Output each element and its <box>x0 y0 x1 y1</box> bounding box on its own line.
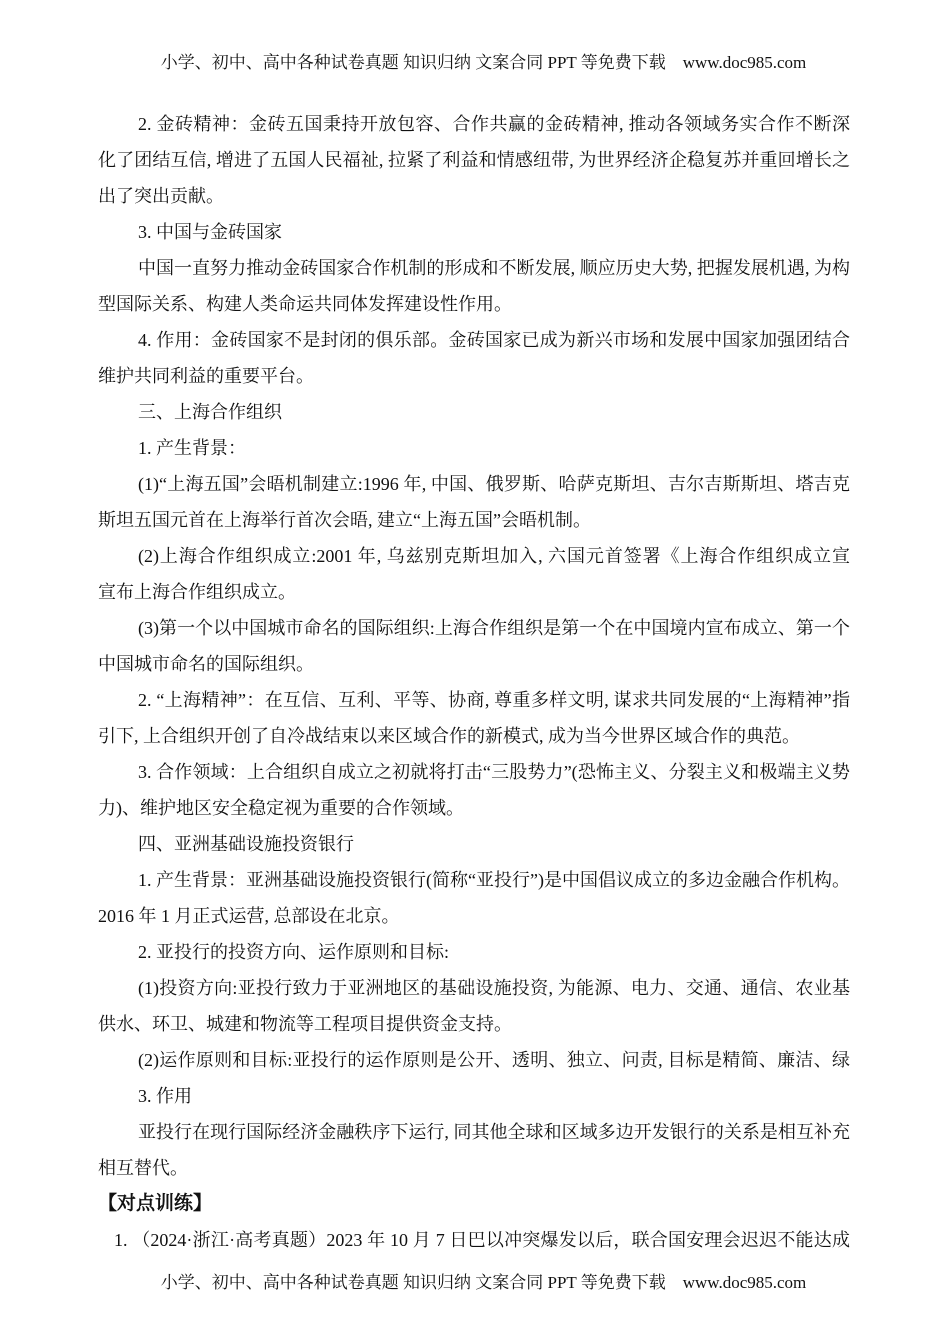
text-line: 中国城市命名的国际组织。 <box>98 646 850 682</box>
text-line: 1. 产生背景：亚洲基础设施投资银行(简称“亚投行”)是中国倡议成立的多边金融合… <box>98 862 850 898</box>
text-line: (3)第一个以中国城市命名的国际组织:上海合作组织是第一个在中国境内宣布成立、第… <box>98 610 850 646</box>
page-header: 小学、初中、高中各种试卷真题 知识归纳 文案合同 PPT 等免费下载 www.d… <box>0 28 950 93</box>
text-line: 化了团结互信, 增进了五国人民福祉, 拉紧了利益和情感纽带, 为世界经济企稳复苏… <box>98 142 850 178</box>
text-line: 2. 金砖精神：金砖五国秉持开放包容、合作共赢的金砖精神, 推动各领域务实合作不… <box>98 106 850 142</box>
text-line: 斯坦五国元首在上海举行首次会晤, 建立“上海五国”会晤机制。 <box>98 502 850 538</box>
text-line: 三、上海合作组织 <box>98 394 850 430</box>
text-line: 3. 作用 <box>98 1078 850 1114</box>
text-line: (1)“上海五国”会晤机制建立:1996 年, 中国、俄罗斯、哈萨克斯坦、吉尔吉… <box>98 466 850 502</box>
document-page: 小学、初中、高中各种试卷真题 知识归纳 文案合同 PPT 等免费下载 www.d… <box>0 0 950 1344</box>
page-footer: 小学、初中、高中各种试卷真题 知识归纳 文案合同 PPT 等免费下载 www.d… <box>0 1248 950 1313</box>
text-line: 宣布上海合作组织成立。 <box>98 574 850 610</box>
text-line: (2)上海合作组织成立:2001 年, 乌兹别克斯坦加入, 六国元首签署《上海合… <box>98 538 850 574</box>
text-line: 2. “上海精神”：在互信、互利、平等、协商, 尊重多样文明, 谋求共同发展的“… <box>98 682 850 718</box>
text-line: 型国际关系、构建人类命运共同体发挥建设性作用。 <box>98 286 850 322</box>
text-line: (2)运作原则和目标:亚投行的运作原则是公开、透明、独立、问责, 目标是精简、廉… <box>98 1042 850 1078</box>
text-line: 1. 产生背景： <box>98 430 850 466</box>
text-line: 4. 作用：金砖国家不是封闭的俱乐部。金砖国家已成为新兴市场和发展中国家加强团结… <box>98 322 850 358</box>
text-line: 亚投行在现行国际经济金融秩序下运行, 同其他全球和区域多边开发银行的关系是相互补… <box>98 1114 850 1150</box>
text-line: 3. 合作领域：上合组织自成立之初就将打击“三股势力”(恐怖主义、分裂主义和极端… <box>98 754 850 790</box>
text-line: 3. 中国与金砖国家 <box>98 214 850 250</box>
header-text: 小学、初中、高中各种试卷真题 知识归纳 文案合同 PPT 等免费下载 www.d… <box>161 53 807 72</box>
text-line: 维护共同利益的重要平台。 <box>98 358 850 394</box>
text-line: 引下, 上合组织开创了自冷战结束以来区域合作的新模式, 成为当今世界区域合作的典… <box>98 718 850 754</box>
text-line: 2. 亚投行的投资方向、运作原则和目标: <box>98 934 850 970</box>
text-line: 四、亚洲基础设施投资银行 <box>98 826 850 862</box>
text-line: 【对点训练】 <box>98 1186 850 1222</box>
text-line: 2016 年 1 月正式运营, 总部设在北京。 <box>98 898 850 934</box>
text-line: (1)投资方向:亚投行致力于亚洲地区的基础设施投资, 为能源、电力、交通、通信、… <box>98 970 850 1006</box>
text-line: 中国一直努力推动金砖国家合作机制的形成和不断发展, 顺应历史大势, 把握发展机遇… <box>98 250 850 286</box>
document-body: 2. 金砖精神：金砖五国秉持开放包容、合作共赢的金砖精神, 推动各领域务实合作不… <box>98 106 850 1258</box>
text-line: 相互替代。 <box>98 1150 850 1186</box>
text-line: 供水、环卫、城建和物流等工程项目提供资金支持。 <box>98 1006 850 1042</box>
footer-text: 小学、初中、高中各种试卷真题 知识归纳 文案合同 PPT 等免费下载 www.d… <box>161 1273 807 1292</box>
text-line: 力)、维护地区安全稳定视为重要的合作领域。 <box>98 790 850 826</box>
text-line: 出了突出贡献。 <box>98 178 850 214</box>
